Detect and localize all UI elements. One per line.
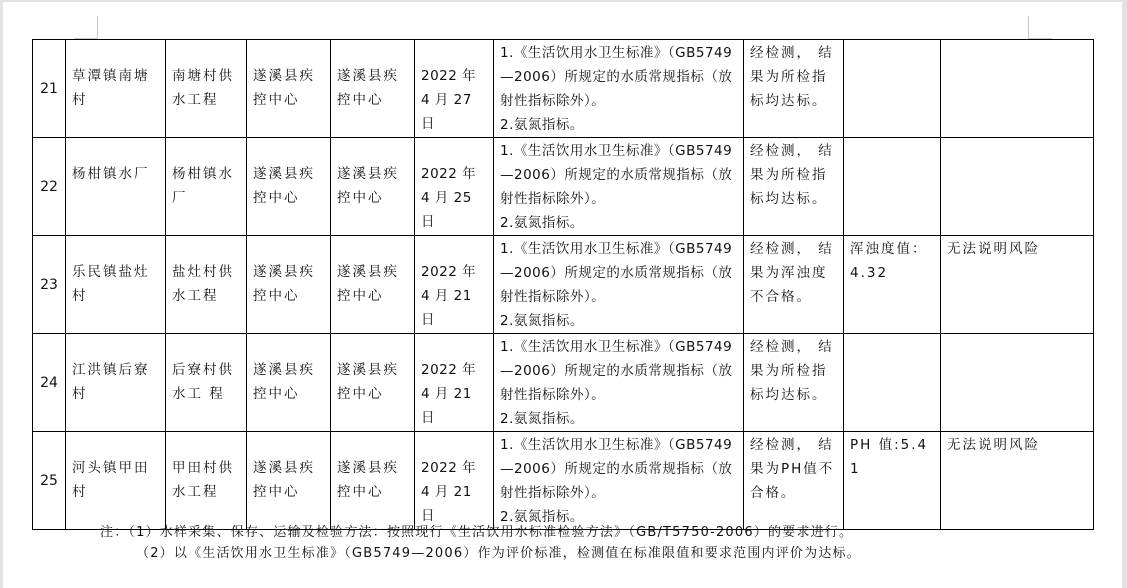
table-notes: 注：（1）水样采集、保存、运输及检验方法：按照现行《生活饮用水标准检验方法》（G… bbox=[100, 522, 861, 564]
testing-unit: 遂溪县疾控中心 bbox=[331, 40, 415, 138]
test-date: 2022 年 4 月 21 日 bbox=[415, 432, 494, 530]
exceeded-value bbox=[844, 138, 941, 236]
test-date: 2022 年 4 月 21 日 bbox=[415, 236, 494, 334]
test-items: 1.《生活饮用水卫生标准》（GB5749—2006）所规定的水质常规指标（放射性… bbox=[494, 334, 744, 432]
testing-unit: 遂溪县疾控中心 bbox=[331, 334, 415, 432]
row-number: 25 bbox=[33, 432, 66, 530]
risk-note bbox=[941, 40, 1094, 138]
table-row: 21 草潭镇南塘村 南塘村供水工程 遂溪县疾控中心 遂溪县疾控中心 2022 年… bbox=[33, 40, 1094, 138]
risk-note bbox=[941, 138, 1094, 236]
testing-unit: 遂溪县疾控中心 bbox=[331, 138, 415, 236]
exceeded-value: PH 值:5.41 bbox=[844, 432, 941, 530]
sample-location: 江洪镇后寮村 bbox=[66, 334, 166, 432]
test-result: 经检测， 结果为所检指标均达标。 bbox=[744, 138, 844, 236]
water-project: 后寮村供水工 程 bbox=[166, 334, 247, 432]
row-number: 23 bbox=[33, 236, 66, 334]
exceeded-value: 浑浊度值：4.32 bbox=[844, 236, 941, 334]
table-row: 23 乐民镇盐灶村 盐灶村供水工程 遂溪县疾控中心 遂溪县疾控中心 2022 年… bbox=[33, 236, 1094, 334]
note-line-1: 注：（1）水样采集、保存、运输及检验方法：按照现行《生活饮用水标准检验方法》（G… bbox=[100, 522, 861, 543]
test-result: 经检测， 结果为浑浊度不合格。 bbox=[744, 236, 844, 334]
test-date: 2022 年 4 月 25 日 bbox=[415, 138, 494, 236]
test-result: 经检测， 结果为PH值不合格。 bbox=[744, 432, 844, 530]
sample-location: 杨柑镇水厂 bbox=[66, 138, 166, 236]
sampling-unit: 遂溪县疾控中心 bbox=[247, 236, 331, 334]
testing-unit: 遂溪县疾控中心 bbox=[331, 432, 415, 530]
test-items: 1.《生活饮用水卫生标准》（GB5749—2006）所规定的水质常规指标（放射性… bbox=[494, 138, 744, 236]
test-date: 2022 年 4 月 21 日 bbox=[415, 334, 494, 432]
risk-note: 无法说明风险 bbox=[941, 432, 1094, 530]
table-row: 24 江洪镇后寮村 后寮村供水工 程 遂溪县疾控中心 遂溪县疾控中心 2022 … bbox=[33, 334, 1094, 432]
test-result: 经检测， 结果为所检指标均达标。 bbox=[744, 334, 844, 432]
risk-note bbox=[941, 334, 1094, 432]
test-items: 1.《生活饮用水卫生标准》（GB5749—2006）所规定的水质常规指标（放射性… bbox=[494, 40, 744, 138]
exceeded-value bbox=[844, 334, 941, 432]
sampling-unit: 遂溪县疾控中心 bbox=[247, 138, 331, 236]
test-items: 1.《生活饮用水卫生标准》（GB5749—2006）所规定的水质常规指标（放射性… bbox=[494, 236, 744, 334]
sample-location: 草潭镇南塘村 bbox=[66, 40, 166, 138]
sampling-unit: 遂溪县疾控中心 bbox=[247, 334, 331, 432]
crop-mark-top-left bbox=[97, 16, 98, 39]
crop-mark-top-right bbox=[1028, 16, 1029, 39]
risk-note: 无法说明风险 bbox=[941, 236, 1094, 334]
sampling-unit: 遂溪县疾控中心 bbox=[247, 432, 331, 530]
table-row: 22 杨柑镇水厂 杨柑镇水厂 遂溪县疾控中心 遂溪县疾控中心 2022 年 4 … bbox=[33, 138, 1094, 236]
row-number: 24 bbox=[33, 334, 66, 432]
test-result: 经检测， 结果为所检指标均达标。 bbox=[744, 40, 844, 138]
water-project: 甲田村供水工程 bbox=[166, 432, 247, 530]
test-items: 1.《生活饮用水卫生标准》（GB5749—2006）所规定的水质常规指标（放射性… bbox=[494, 432, 744, 530]
water-project: 盐灶村供水工程 bbox=[166, 236, 247, 334]
water-quality-table: 21 草潭镇南塘村 南塘村供水工程 遂溪县疾控中心 遂溪县疾控中心 2022 年… bbox=[32, 39, 1094, 530]
test-date: 2022 年 4 月 27 日 bbox=[415, 40, 494, 138]
note-line-2: （2）以《生活饮用水卫生标准》（GB5749—2006）作为评价标准，检测值在标… bbox=[100, 543, 861, 564]
sample-location: 河头镇甲田村 bbox=[66, 432, 166, 530]
row-number: 22 bbox=[33, 138, 66, 236]
sampling-unit: 遂溪县疾控中心 bbox=[247, 40, 331, 138]
row-number: 21 bbox=[33, 40, 66, 138]
table-row: 25 河头镇甲田村 甲田村供水工程 遂溪县疾控中心 遂溪县疾控中心 2022 年… bbox=[33, 432, 1094, 530]
water-project: 杨柑镇水厂 bbox=[166, 138, 247, 236]
exceeded-value bbox=[844, 40, 941, 138]
testing-unit: 遂溪县疾控中心 bbox=[331, 236, 415, 334]
water-project: 南塘村供水工程 bbox=[166, 40, 247, 138]
sample-location: 乐民镇盐灶村 bbox=[66, 236, 166, 334]
